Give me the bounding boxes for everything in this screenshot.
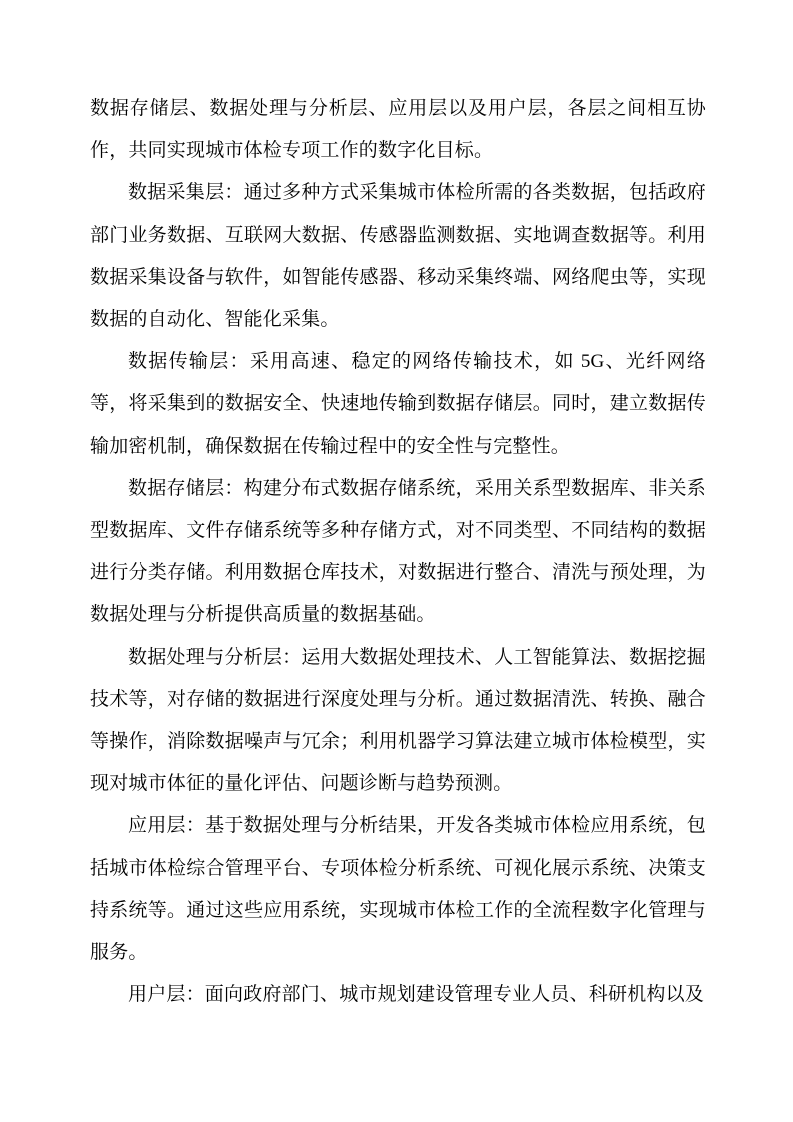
document-page: 数据存储层、数据处理与分析层、应用层以及用户层，各层之间相互协作，共同实现城市体… — [0, 0, 793, 1122]
paragraph-user-layer: 用户层：面向政府部门、城市规划建设管理专业人员、科研机构以及 — [90, 974, 706, 1016]
paragraph-application-layer: 应用层：基于数据处理与分析结果，开发各类城市体检应用系统，包括城市体检综合管理平… — [90, 805, 706, 974]
text-content: 数据存储层、数据处理与分析层、应用层以及用户层，各层之间相互协作，共同实现城市体… — [90, 88, 706, 1016]
paragraph-data-transmission-layer: 数据传输层：采用高速、稳定的网络传输技术，如 5G、光纤网络等，将采集到的数据安… — [90, 341, 706, 468]
paragraph-data-collection-layer: 数据采集层：通过多种方式采集城市体检所需的各类数据，包括政府部门业务数据、互联网… — [90, 172, 706, 341]
paragraph-data-storage-layer: 数据存储层：构建分布式数据存储系统，采用关系型数据库、非关系型数据库、文件存储系… — [90, 468, 706, 637]
paragraph-data-processing-analysis-layer: 数据处理与分析层：运用大数据处理技术、人工智能算法、数据挖掘技术等，对存储的数据… — [90, 637, 706, 806]
paragraph-continued: 数据存储层、数据处理与分析层、应用层以及用户层，各层之间相互协作，共同实现城市体… — [90, 88, 706, 172]
